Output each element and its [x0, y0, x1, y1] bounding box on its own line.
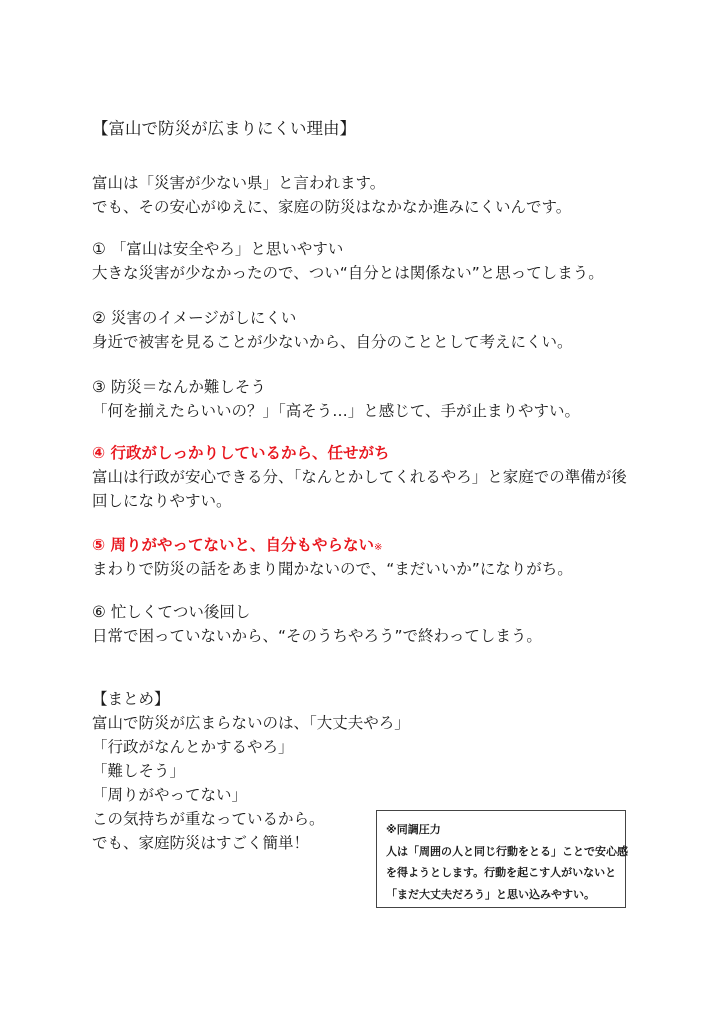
reason-2-heading: ② 災害のイメージがしにくい: [92, 307, 296, 329]
note-box-peer-pressure: ※同調圧力 人は「周囲の人と同じ行動をとる」ことで安心感 を得ようとします。行動…: [376, 810, 626, 908]
reason-3-heading: ③ 防災＝なんか難しそう: [92, 376, 266, 398]
summary-line-6: でも、家庭防災はすごく簡単！: [92, 832, 309, 854]
summary-line-1: 富山で防災が広まらないのは、「大丈夫やろ」: [92, 712, 410, 734]
summary-line-5: この気持ちが重なっているから。: [92, 808, 325, 830]
document-title: 【富山で防災が広まりにくい理由】: [92, 118, 356, 140]
summary-line-3: 「難しそう」: [92, 760, 185, 782]
reason-4-heading: ④ 行政がしっかりしているから、任せがち: [92, 442, 390, 464]
summary-line-4: 「周りがやってない」: [92, 784, 247, 806]
reason-2-body: 身近で被害を見ることが少ないから、自分のこととして考えにくい。: [92, 331, 573, 353]
reason-1-heading: ① 「富山は安全やろ」と思いやすい: [92, 238, 343, 260]
note-box-line-3: 「まだ大丈夫だろう」と思い込みやすい。: [386, 884, 625, 906]
reason-6-body: 日常で困っていないから、“そのうちやろう”で終わってしまう。: [92, 625, 542, 647]
note-reference-mark: ※: [374, 542, 382, 553]
reason-6-heading: ⑥ 忙しくてつい後回し: [92, 601, 250, 623]
summary-line-2: 「行政がなんとかするやろ」: [92, 736, 294, 758]
reason-5-heading: ⑤ 周りがやってないと、自分もやらない: [92, 536, 374, 554]
reason-3-body: 「何を揃えたらいいの？」「高そう…」と感じて、手が止まりやすい。: [92, 400, 580, 422]
document-page: 【富山で防災が広まりにくい理由】 富山は「災害が少ない県」と言われます。 でも、…: [0, 0, 704, 1024]
reason-5-heading-row: ⑤ 周りがやってないと、自分もやらない※: [92, 534, 382, 559]
summary-heading: 【まとめ】: [92, 688, 170, 710]
note-box-line-1: 人は「周囲の人と同じ行動をとる」ことで安心感: [386, 841, 625, 863]
reason-4-body-line-2: 回しになりやすい。: [92, 490, 232, 512]
intro-line-1: 富山は「災害が少ない県」と言われます。: [92, 172, 385, 194]
intro-line-2: でも、その安心がゆえに、家庭の防災はなかなか進みにくいんです。: [92, 196, 571, 218]
reason-5-body: まわりで防災の話をあまり聞かないので、“まだいいか”になりがち。: [92, 558, 573, 580]
reason-4-body-line-1: 富山は行政が安心できる分、「なんとかしてくれるやろ」と家庭での準備が後: [92, 466, 627, 488]
note-box-title: ※同調圧力: [386, 819, 625, 841]
reason-1-body: 大きな災害が少なかったので、つい“自分とは関係ない”と思ってしまう。: [92, 262, 604, 284]
note-box-line-2: を得ようとします。行動を起こす人がいないと: [386, 862, 625, 884]
